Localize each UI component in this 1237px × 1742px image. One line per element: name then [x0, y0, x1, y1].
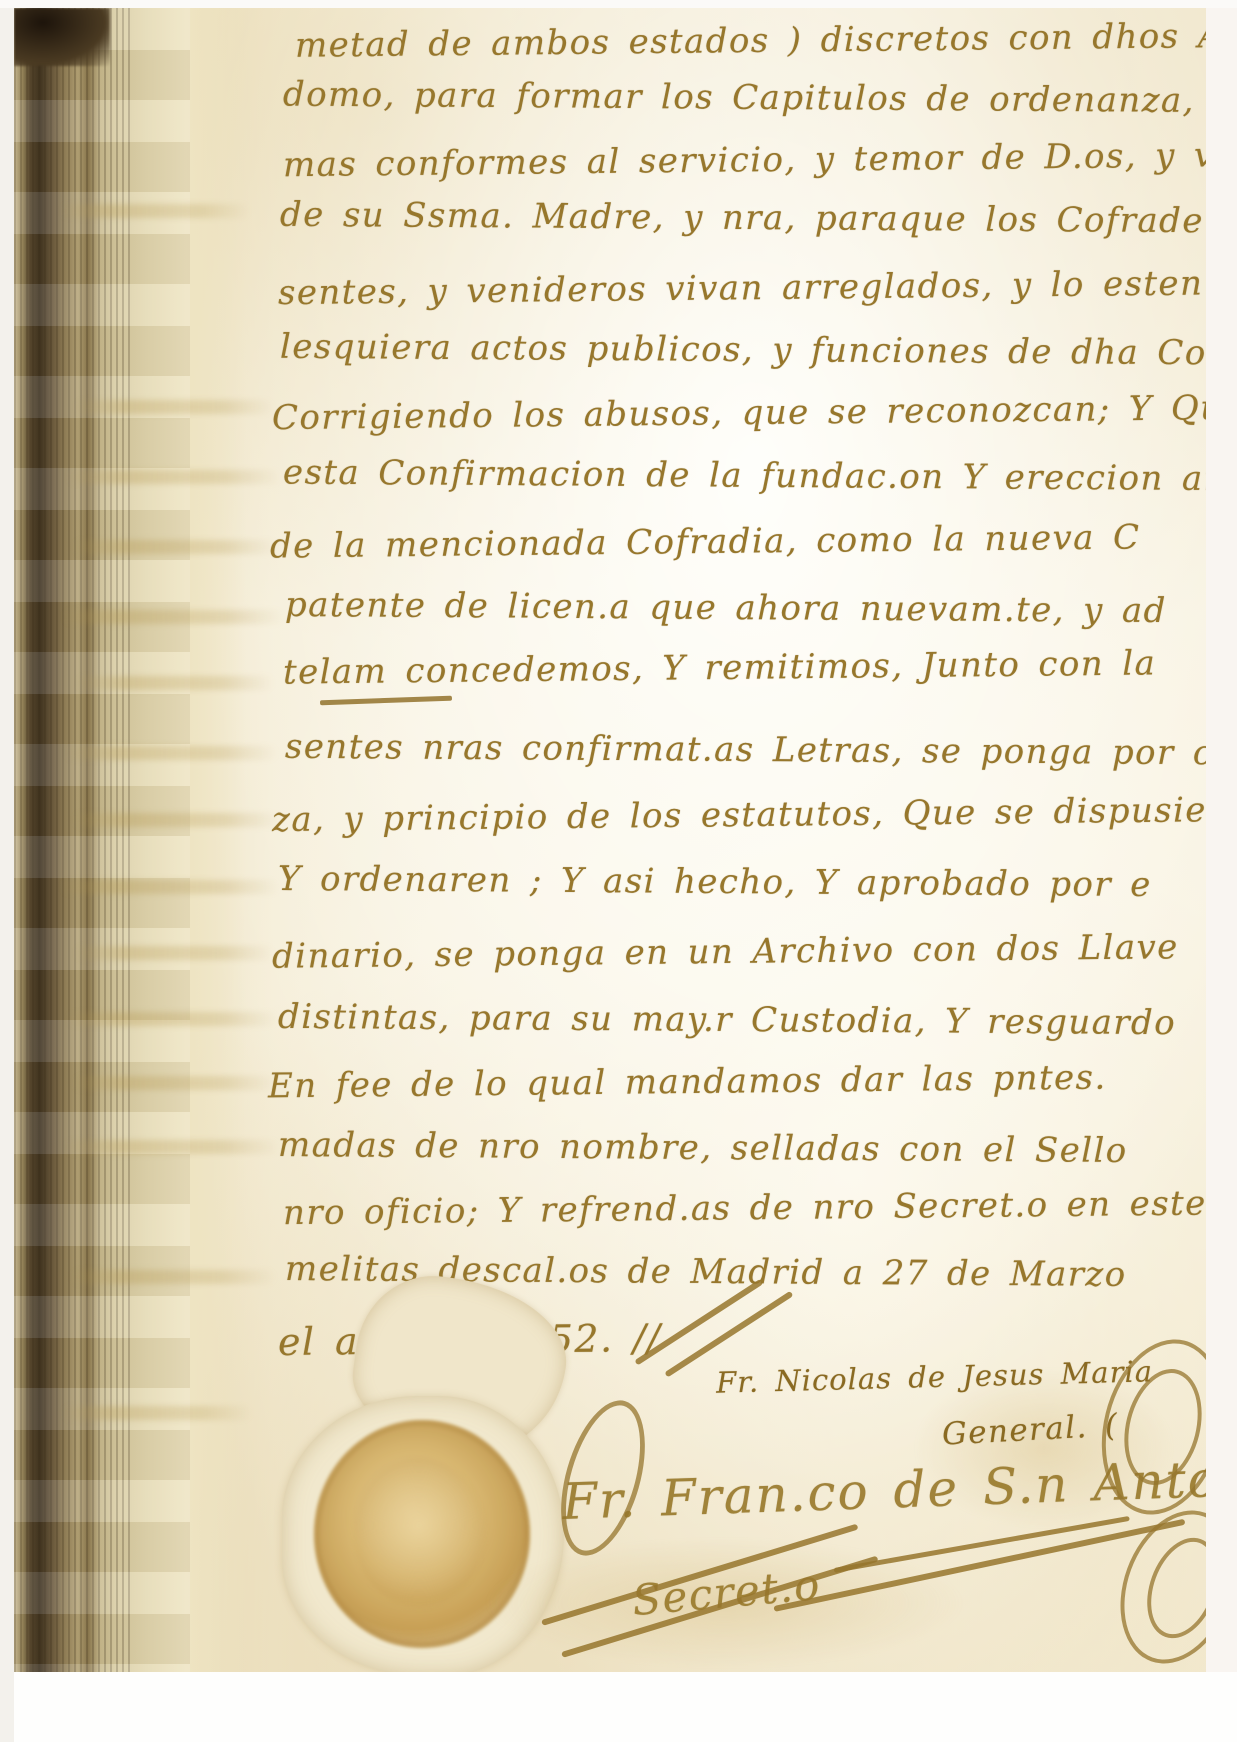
manuscript-line: mas conformes al servicio, y temor de D.…	[283, 135, 1206, 185]
showthrough-mark	[70, 1270, 276, 1284]
book-spine-shadow	[14, 8, 110, 66]
manuscript-line: distintas, para su may.r Custodia, Y res…	[278, 997, 1176, 1043]
showthrough-mark	[60, 204, 250, 218]
scan-margin-left	[0, 0, 14, 1742]
showthrough-mark	[74, 946, 274, 960]
manuscript-line: sentes, y venideros vivan arreglados, y …	[278, 263, 1206, 313]
manuscript-line: Y ordenaren ; Y asi hecho, Y aprobado po…	[278, 859, 1152, 905]
manuscript-line: Corrigiendo los abusos, que se reconozca…	[272, 388, 1206, 438]
manuscript-line: telam concedemos, Y remitimos, Junto con…	[283, 643, 1157, 692]
manuscript-line: de la mencionada Cofradia, como la nueva…	[270, 517, 1141, 566]
showthrough-mark	[72, 1076, 276, 1090]
scan-margin-top	[0, 0, 1237, 8]
manuscript-line: za, y principio de los estatutos, Que se…	[272, 790, 1206, 840]
showthrough-mark	[62, 610, 284, 624]
manuscript-line: metad de ambos estados ) discretos con d…	[295, 14, 1206, 66]
manuscript-line: domo, para formar los Capitulos de orden…	[283, 75, 1206, 122]
showthrough-mark	[64, 1140, 280, 1154]
showthrough-mark	[64, 746, 278, 760]
manuscript-line: En fee de lo qual mandamos dar las pntes…	[268, 1058, 1107, 1107]
scanned-book-photo: metad de ambos estados ) discretos con d…	[0, 0, 1237, 1742]
showthrough-mark	[72, 813, 280, 827]
showthrough-mark	[74, 400, 274, 414]
manuscript-line: de su Ssma. Madre, y nra, paraque los Co…	[280, 195, 1204, 241]
manuscript-line: sentes nras confirmat.as Letras, se pong…	[285, 727, 1206, 773]
book-page-edges-clumps	[14, 8, 190, 1672]
wax-seal-motif	[354, 1458, 484, 1608]
showthrough-mark	[76, 676, 274, 690]
manuscript-line: lesquiera actos publicos, y funciones de…	[280, 327, 1206, 373]
showthrough-mark	[62, 1406, 252, 1420]
scan-margin-right	[1206, 0, 1237, 1742]
manuscript-line: madas de nro nombre, selladas con el Sel…	[278, 1125, 1128, 1171]
showthrough-mark	[60, 880, 280, 894]
underline-mark	[320, 696, 452, 706]
showthrough-mark	[66, 470, 281, 484]
manuscript-line: esta Confirmacion de la fundac.on Y erec…	[283, 453, 1206, 500]
manuscript-line: dinario, se ponga en un Archivo con dos …	[272, 927, 1179, 976]
manuscript-line: nro oficio; Y refrend.as de nro Secret.o…	[283, 1183, 1206, 1233]
showthrough-mark	[72, 540, 277, 554]
scan-margin-bottom	[0, 1672, 1237, 1742]
manuscript-line: patente de licen.a que ahora nuevam.te, …	[285, 585, 1167, 631]
manuscript-page: metad de ambos estados ) discretos con d…	[14, 8, 1206, 1672]
showthrough-mark	[66, 1012, 278, 1026]
